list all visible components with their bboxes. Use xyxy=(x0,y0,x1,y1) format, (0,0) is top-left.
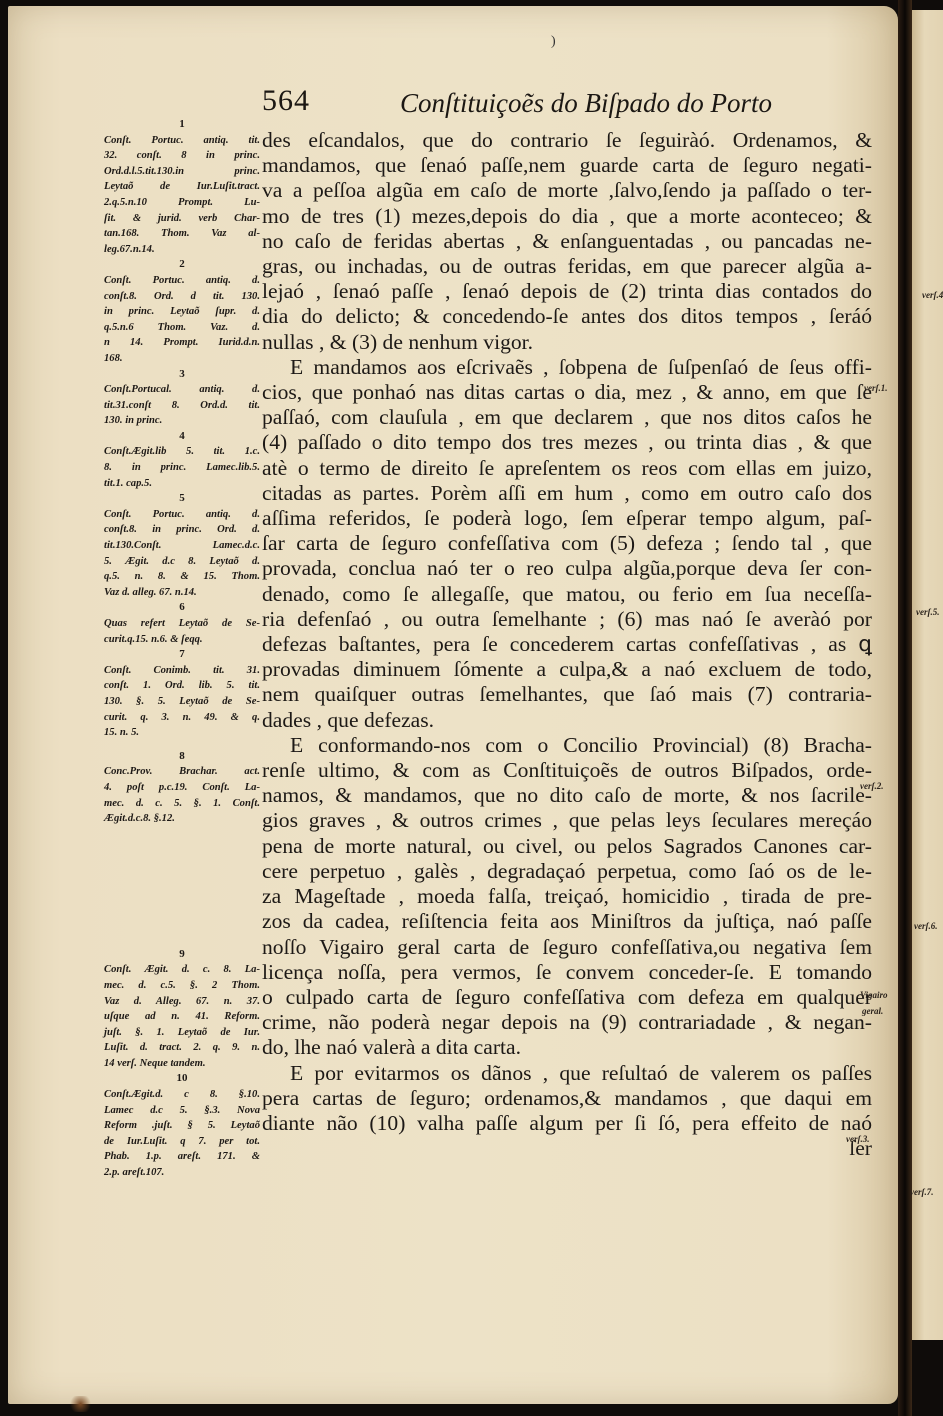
text-line: zos da cadea, reſiſtencia feita aos Mini… xyxy=(262,909,872,934)
note-line: Lamec d.c 5. §.3. Nova xyxy=(104,1103,260,1119)
note-line: Conſt. Portuc. antiq. d. xyxy=(104,273,260,289)
text-line: aſſima referidos, ſe poderà logo, ſem eſ… xyxy=(262,506,872,531)
text-line: dades , que defezas. xyxy=(262,708,872,733)
text-line: nem quaiſquer outras ſemelhantes, que ſa… xyxy=(262,682,872,707)
text-line: provada, conclua naó ter o reo culpa alg… xyxy=(262,556,872,581)
marginal-note: 8Conc.Prov. Brachar. act.4. poſt p.c.19.… xyxy=(104,749,260,827)
note-line: juſt. §. 1. Leytaõ de Iur. xyxy=(104,1025,260,1041)
text-line: noſſo Vigairo geral carta de ſeguro conf… xyxy=(262,935,872,960)
page-header: 564 Conſtituiçoẽs do Biſpado do Porto xyxy=(262,84,782,124)
note-number: 6 xyxy=(104,600,260,616)
page-number: 564 xyxy=(262,84,310,118)
note-line: conſt. 1. Ord. lib. 5. tit. xyxy=(104,678,260,694)
note-line: Vaz d. Alleg. 67. n. 37. xyxy=(104,994,260,1010)
note-number: 1 xyxy=(104,117,260,133)
text-line: mo de tres (1) mezes,depois do dia , que… xyxy=(262,204,872,229)
marginal-note: 7Conſt. Conimb. tit. 31.conſt. 1. Ord. l… xyxy=(104,647,260,741)
text-line: pena de morte natural, ou civel, ou pelo… xyxy=(262,834,872,859)
note-number: 3 xyxy=(104,367,260,383)
marginal-note: 2Conſt. Portuc. antiq. d.conſt.8. Ord. d… xyxy=(104,257,260,366)
note-number: 7 xyxy=(104,647,260,663)
note-line: curit. q. 3. n. 49. & q. xyxy=(104,710,260,726)
text-line: cere perpetuo , galès , degradaçaó perpe… xyxy=(262,859,872,884)
text-line: E por evitarmos os dãnos , que reſultaó … xyxy=(262,1061,872,1086)
text-line: diante não (10) valha paſſe algum per ſi… xyxy=(262,1111,872,1136)
note-line: 14 verſ. Neque tandem. xyxy=(104,1056,260,1072)
note-line: Conſt.Ægit.d. c 8. §.10. xyxy=(104,1087,260,1103)
text-line: defezas baſtantes, pera ſe concederem ca… xyxy=(262,632,872,657)
text-line: ſer xyxy=(262,1136,872,1161)
note-line: Ægit.d.c.8. §.12. xyxy=(104,811,260,827)
text-line: E conformando-nos com o Concilio Provinc… xyxy=(262,733,872,758)
marginal-note: 3Conſt.Portucal. antiq. d.tit.31.conſt 8… xyxy=(104,367,260,429)
main-text-body: des eſcandalos, que do contrario ſe ſegu… xyxy=(262,128,872,1161)
note-line: conſt.8. in princ. Ord. d. xyxy=(104,522,260,538)
text-line: pera cartas de ſeguro; ordenamos,& manda… xyxy=(262,1086,872,1111)
note-line: mec. d. c.5. §. 2 Thom. xyxy=(104,978,260,994)
note-line: in princ. Leytaõ ſupr. d. xyxy=(104,304,260,320)
note-line: Conſt. Portuc. antiq. d. xyxy=(104,507,260,523)
left-margin-notes: 1Conſt. Portuc. antiq. tit.32. conſt. 8 … xyxy=(104,117,260,1181)
note-line: Conſt.Portucal. antiq. d. xyxy=(104,382,260,398)
note-line: Conſt.Ægit.lib 5. tit. 1.c. xyxy=(104,444,260,460)
note-line: 8. in princ. Lamec.lib.5. xyxy=(104,460,260,476)
note-line: curit.q.15. n.6. & ſeqq. xyxy=(104,632,260,648)
marginal-note: 1Conſt. Portuc. antiq. tit.32. conſt. 8 … xyxy=(104,117,260,257)
text-line: des eſcandalos, que do contrario ſe ſegu… xyxy=(262,128,872,153)
note-line: Conſt. Ægit. d. c. 8. La- xyxy=(104,962,260,978)
note-line: 130. §. 5. Leytaõ de Se- xyxy=(104,694,260,710)
note-line: 2.q.5.n.10 Prompt. Lu- xyxy=(104,195,260,211)
text-line: E mandamos aos eſcrivaẽs , ſobpena de ſu… xyxy=(262,355,872,380)
note-line: 168. xyxy=(104,351,260,367)
text-line: paſſaó, com clauſula , em que declarem ,… xyxy=(262,405,872,430)
marginal-note: 6Quas refert Leytaõ de Se-curit.q.15. n.… xyxy=(104,600,260,647)
note-line: Luſit. d. tract. 2. q. 9. n. xyxy=(104,1040,260,1056)
text-line: namos, & mandamos, que no dito caſo de m… xyxy=(262,783,872,808)
note-number: 5 xyxy=(104,491,260,507)
text-line: (4) paſſado o dito tempo dos tres mezes … xyxy=(262,430,872,455)
note-line: Conſt. Conimb. tit. 31. xyxy=(104,663,260,679)
text-line: mandamos, que ſenaó paſſe,nem guarde car… xyxy=(262,153,872,178)
stray-mark: ) xyxy=(551,34,556,50)
text-line: ria defenſaó , ou outra ſemelhante ; (6)… xyxy=(262,607,872,632)
note-line: Quas refert Leytaõ de Se- xyxy=(104,616,260,632)
text-line: nullas , & (3) de nenhum vigor. xyxy=(262,330,872,355)
book-gutter xyxy=(898,0,912,1416)
text-line: renſe ultimo, & com as Conſtituiçoẽs de … xyxy=(262,758,872,783)
text-line: denado, como ſe allegaſſe, que matou, ou… xyxy=(262,582,872,607)
note-line: tan.168. Thom. Vaz al- xyxy=(104,226,260,242)
note-line: 4. poſt p.c.19. Conſt. La- xyxy=(104,780,260,796)
text-line: atè o termo de direito ſe apreſentem os … xyxy=(262,456,872,481)
text-line: no caſo de feridas abertas , & enſanguen… xyxy=(262,229,872,254)
note-line: de Iur.Luſit. q 7. per tot. xyxy=(104,1134,260,1150)
text-line: dia do delicto; & concedendo-ſe antes do… xyxy=(262,304,872,329)
text-line: gios graves , & outros crimes , que pela… xyxy=(262,808,872,833)
note-line: Vaz d. alleg. 67. n.14. xyxy=(104,585,260,601)
note-line: mec. d. c. 5. §. 1. Conſt. xyxy=(104,796,260,812)
note-line: Ord.d.l.5.tit.130.in princ. xyxy=(104,164,260,180)
marginal-note: 9Conſt. Ægit. d. c. 8. La-mec. d. c.5. §… xyxy=(104,947,260,1072)
text-line: lejaó , ſenaó paſſe , ſenaó depois de (2… xyxy=(262,279,872,304)
note-line: 130. in princ. xyxy=(104,413,260,429)
note-line: q.5. n. 8. & 15. Thom. xyxy=(104,569,260,585)
note-line: n 14. Prompt. Iurid.d.n. xyxy=(104,335,260,351)
note-line: Conc.Prov. Brachar. act. xyxy=(104,764,260,780)
note-number: 2 xyxy=(104,257,260,273)
text-line: cios, que ponhaó nas ditas cartas o dia,… xyxy=(262,380,872,405)
note-number: 9 xyxy=(104,947,260,963)
note-line: tit.31.conſt 8. Ord.d. tit. xyxy=(104,398,260,414)
note-line: Reform .juſt. § 5. Leytaõ xyxy=(104,1118,260,1134)
note-line: ſit. & jurid. verb Char- xyxy=(104,211,260,227)
note-line: 32. conſt. 8 in princ. xyxy=(104,148,260,164)
note-line: 2.p. areſt.107. xyxy=(104,1165,260,1181)
note-line: Leytaõ de Iur.Luſit.tract. xyxy=(104,179,260,195)
text-line: ſar carta de ſeguro confeſſativa com (5)… xyxy=(262,531,872,556)
text-line: gras, ou inchadas, ou de outras feridas,… xyxy=(262,254,872,279)
note-line: tit.1. cap.5. xyxy=(104,476,260,492)
note-line: Conſt. Portuc. antiq. tit. xyxy=(104,133,260,149)
marginal-note: 4Conſt.Ægit.lib 5. tit. 1.c.8. in princ.… xyxy=(104,429,260,491)
text-line: crime, não poderà negar depois na (9) co… xyxy=(262,1010,872,1035)
text-line: provadas diminuem ſómente a culpa,& a na… xyxy=(262,657,872,682)
text-line: za Mageſtade , moeda falſa, treiçaó, hom… xyxy=(262,884,872,909)
marginal-note: 5Conſt. Portuc. antiq. d.conſt.8. in pri… xyxy=(104,491,260,600)
note-line: tit.130.Conſt. Lamec.d.c. xyxy=(104,538,260,554)
text-line: citadas as partes. Porèm aſſi em hum , c… xyxy=(262,481,872,506)
note-line: 5. Ægit. d.c 8. Leytaõ d. xyxy=(104,554,260,570)
note-line: uſque ad n. 41. Reform. xyxy=(104,1009,260,1025)
text-line: licença noſſa, pera vermos, ſe convem co… xyxy=(262,960,872,985)
text-line: do, lhe naó valerà a dita carta. xyxy=(262,1035,872,1060)
marginal-note: 10Conſt.Ægit.d. c 8. §.10.Lamec d.c 5. §… xyxy=(104,1071,260,1180)
note-number: 10 xyxy=(104,1071,260,1087)
note-line: Phab. 1.p. areſt. 171. & xyxy=(104,1149,260,1165)
adjacent-page-edge xyxy=(912,10,943,1340)
note-line: q.5.n.6 Thom. Vaz. d. xyxy=(104,320,260,336)
note-number: 8 xyxy=(104,749,260,765)
note-line: conſt.8. Ord. d tit. 130. xyxy=(104,289,260,305)
text-line: va a peſſoa algũa em caſo de morte ,ſalv… xyxy=(262,178,872,203)
note-line: leg.67.n.14. xyxy=(104,242,260,258)
note-line: 15. n. 5. xyxy=(104,725,260,741)
running-title: Conſtituiçoẽs do Biſpado do Porto xyxy=(400,88,772,119)
note-number: 4 xyxy=(104,429,260,445)
text-line: o culpado carta de ſeguro confeſſativa c… xyxy=(262,985,872,1010)
